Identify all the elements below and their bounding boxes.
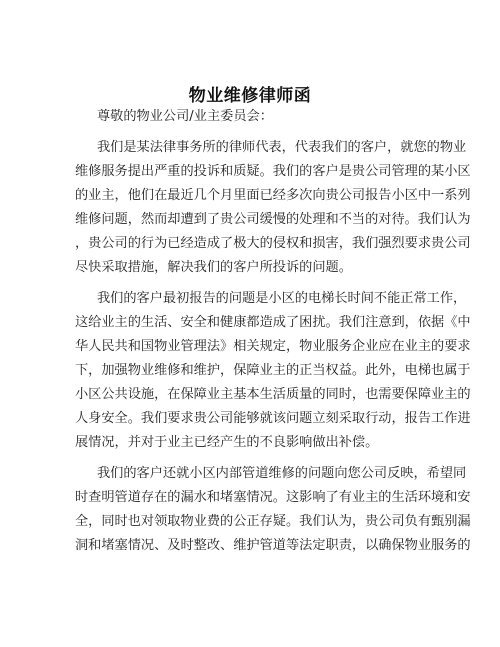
text-line: 这给业主的生活、安全和健康都造成了困扰。我们注意到，依据《中 bbox=[75, 313, 418, 333]
text-line: 的业主，他们在最近几个月里面已经多次向贵公司报告小区中一系列 bbox=[75, 186, 418, 206]
text-line: 展情况，并对于业主已经产生的不良影响做出补偿。 bbox=[75, 433, 418, 453]
text-line: 人身安全。我们要求贵公司能够就该问题立刻采取行动，报告工作进 bbox=[75, 409, 418, 429]
text-line: 我们的客户还就小区内部管道维修的问题向您公司反映，希望同 bbox=[97, 464, 418, 484]
text-line: 我们的客户最初报告的问题是小区的电梯长时间不能正常工作， bbox=[97, 289, 418, 309]
text-line: 小区公共设施，在保障业主基本生活质量的同时，也需要保障业主的 bbox=[75, 385, 418, 405]
greeting-line: 尊敬的物业公司/业主委员会： bbox=[97, 107, 273, 127]
document-page: 物业维修律师函 尊敬的物业公司/业主委员会： 我们是某法律事务所的律师代表，代表… bbox=[0, 0, 500, 647]
document-title: 物业维修律师函 bbox=[0, 81, 500, 106]
text-line: 全，同时也对领取物业费的公正存疑。我们认为，贵公司负有甄别漏 bbox=[75, 512, 418, 532]
text-line: 洞和堵塞情况、及时整改、维护管道等法定职责，以确保物业服务的 bbox=[75, 536, 418, 556]
text-line: 下，加强物业维修和维护，保障业主的正当权益。此外，电梯也属于 bbox=[75, 361, 418, 381]
text-line: 华人民共和国物业管理法》相关规定，物业服务企业应在业主的要求 bbox=[75, 337, 418, 357]
text-line: 维修服务提出严重的投诉和质疑。我们的客户是贵公司管理的某小区 bbox=[75, 162, 418, 182]
text-line: 时查明管道存在的漏水和堵塞情况。这影响了有业主的生活环境和安 bbox=[75, 488, 418, 508]
text-line: ，贵公司的行为已经造成了极大的侵权和损害，我们强烈要求贵公司 bbox=[75, 234, 418, 254]
text-line: 我们是某法律事务所的律师代表，代表我们的客户，就您的物业 bbox=[97, 138, 418, 158]
text-line: 尽快采取措施，解决我们的客户所投诉的问题。 bbox=[75, 258, 418, 278]
text-line: 维修问题，然而却遭到了贵公司缓慢的处理和不当的对待。我们认为 bbox=[75, 210, 418, 230]
